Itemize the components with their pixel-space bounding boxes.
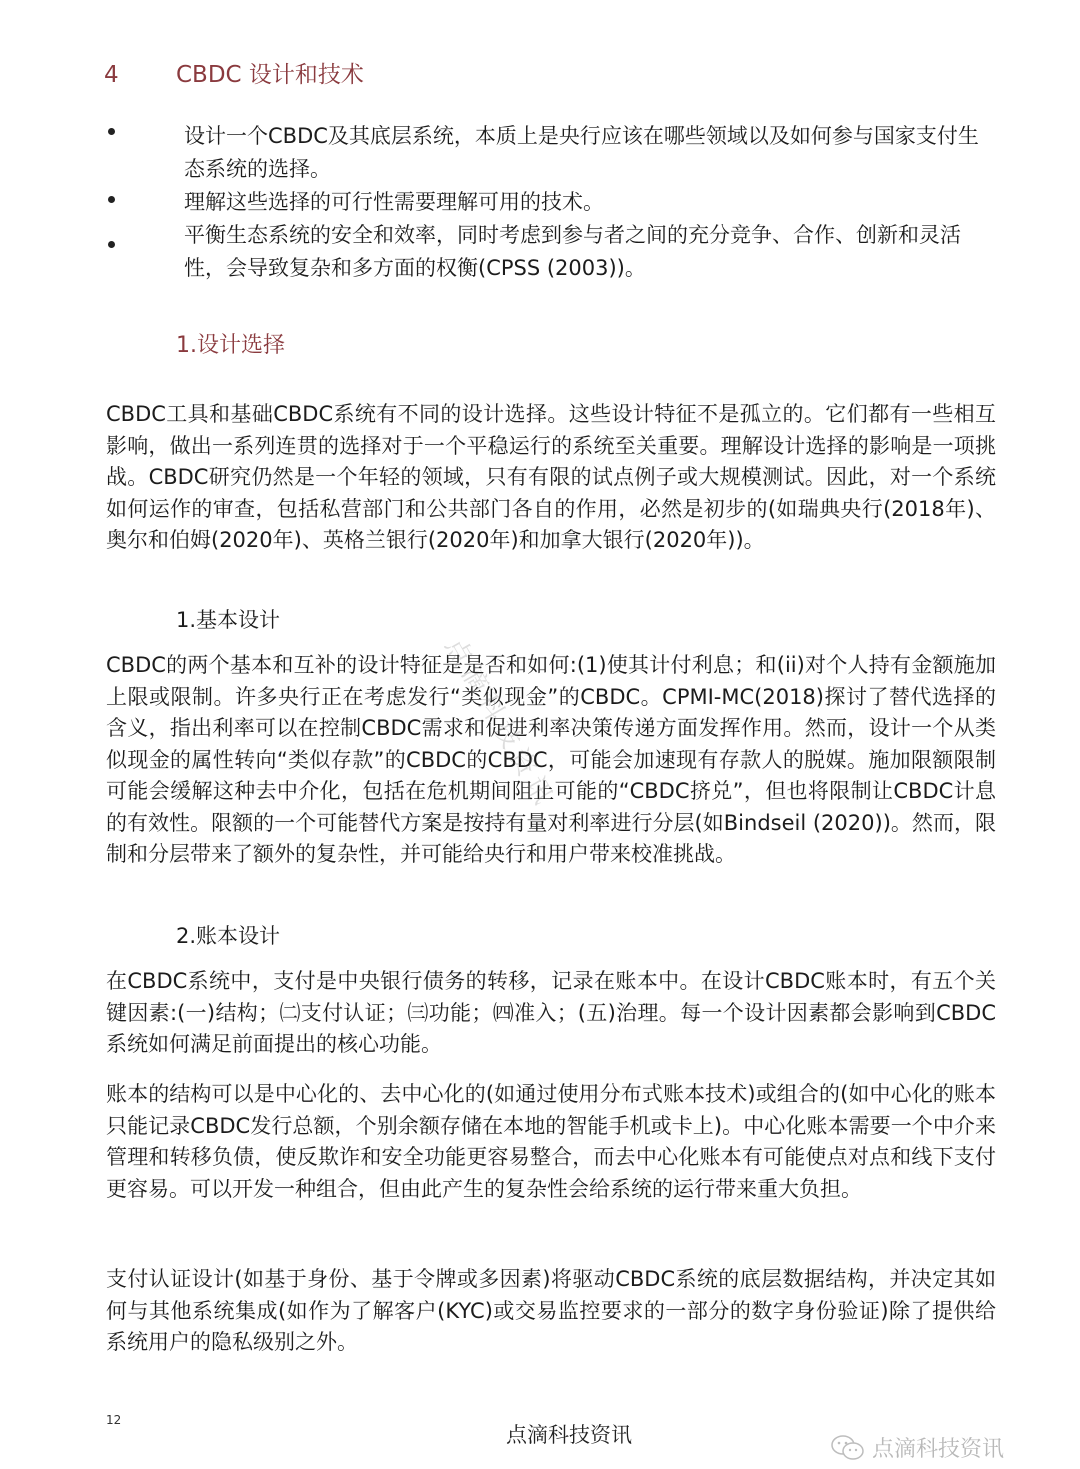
- bullet-text: 理解这些选择的可行性需要理解可用的技术。: [184, 190, 604, 214]
- paragraph-payment-auth: 支付认证设计(如基于身份、基于令牌或多因素)将驱动CBDC系统的底层数据结构，并…: [106, 1264, 996, 1359]
- bullet-item: 平衡生态系统的安全和效率，同时考虑到参与者之间的充分竞争、合作、创新和灵活性，会…: [104, 219, 984, 285]
- heading-basic-design: 1.基本设计: [176, 604, 280, 634]
- section-title: 4 CBDC 设计和技术: [104, 56, 364, 89]
- paragraph-basic-design: CBDC的两个基本和互补的设计特征是是否和如何:(1)使其计付利息；和(ii)对…: [106, 650, 996, 871]
- bullet-dot-icon: [108, 241, 115, 248]
- bullet-list: 设计一个CBDC及其底层系统，本质上是央行应该在哪些领域以及如何参与国家支付生态…: [104, 120, 984, 285]
- subsection-heading: 1.设计选择: [176, 328, 285, 359]
- section-title-text: CBDC 设计和技术: [176, 56, 364, 89]
- wechat-label: 点滴科技资讯: [872, 1432, 1004, 1463]
- wechat-icon: [830, 1434, 866, 1462]
- page-number: 12: [106, 1413, 121, 1427]
- bullet-text: 设计一个CBDC及其底层系统，本质上是央行应该在哪些领域以及如何参与国家支付生态…: [184, 124, 979, 181]
- bullet-dot-icon: [108, 196, 115, 203]
- section-number: 4: [104, 62, 176, 88]
- bullet-item: 理解这些选择的可行性需要理解可用的技术。: [104, 186, 984, 219]
- paragraph-ledger-structure: 账本的结构可以是中心化的、去中心化的(如通过使用分布式账本技术)或组合的(如中心…: [106, 1079, 996, 1205]
- footer-brand: 点滴科技资讯: [506, 1419, 632, 1449]
- wechat-watermark: 点滴科技资讯: [830, 1432, 1004, 1463]
- paragraph-intro: CBDC工具和基础CBDC系统有不同的设计选择。这些设计特征不是孤立的。它们都有…: [106, 399, 996, 557]
- bullet-item: 设计一个CBDC及其底层系统，本质上是央行应该在哪些领域以及如何参与国家支付生态…: [104, 120, 984, 186]
- bullet-dot-icon: [108, 128, 115, 135]
- heading-ledger-design: 2.账本设计: [176, 920, 280, 950]
- bullet-text: 平衡生态系统的安全和效率，同时考虑到参与者之间的充分竞争、合作、创新和灵活性，会…: [184, 223, 961, 280]
- paragraph-ledger-design: 在CBDC系统中，支付是中央银行债务的转移，记录在账本中。在设计CBDC账本时，…: [106, 966, 996, 1061]
